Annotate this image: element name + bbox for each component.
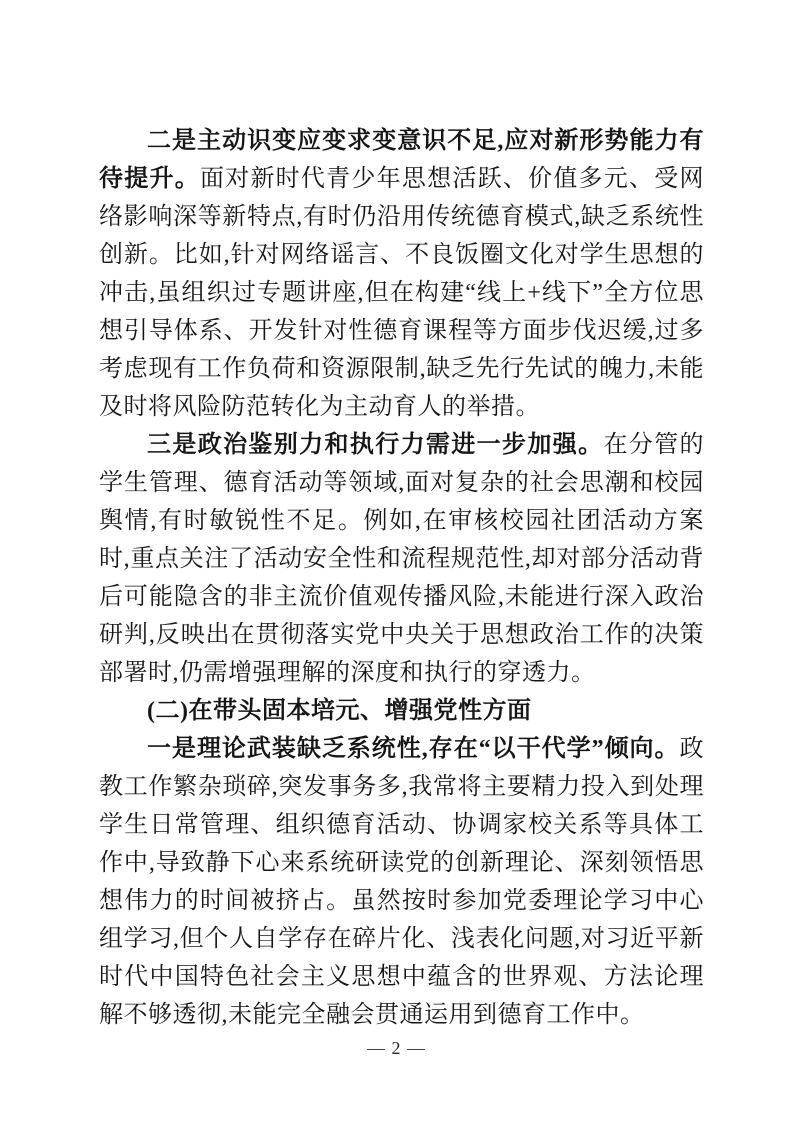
document-page: 二是主动识变应变求变意识不足,应对新形势能力有待提升。面对新时代青少年思想活跃、… [0,0,793,1122]
paragraph-lead: 一是理论武装缺乏系统性,存在“以干代学”倾向。 [147,736,680,762]
paragraph-text: 政教工作繁杂琐碎,突发事务多,我常将主要精力投入到处理学生日常管理、组织德育活动… [99,736,704,1028]
paragraph-lead: 三是政治鉴别力和执行力需进一步加强。 [147,432,603,458]
paragraph-point-three: 三是政治鉴别力和执行力需进一步加强。在分管的学生管理、德育活动等领域,面对复杂的… [99,426,704,692]
paragraph-text: 在分管的学生管理、德育活动等领域,面对复杂的社会思潮和校园舆情,有时敏锐性不足。… [99,432,704,686]
paragraph-point-one: 一是理论武装缺乏系统性,存在“以干代学”倾向。政教工作繁杂琐碎,突发事务多,我常… [99,730,704,1034]
paragraph-point-two: 二是主动识变应变求变意识不足,应对新形势能力有待提升。面对新时代青少年思想活跃、… [99,122,704,426]
section-heading: (二)在带头固本培元、增强党性方面 [99,692,704,730]
document-body: 二是主动识变应变求变意识不足,应对新形势能力有待提升。面对新时代青少年思想活跃、… [99,122,704,1034]
page-number: — 2 — [0,1036,793,1060]
paragraph-text: 面对新时代青少年思想活跃、价值多元、受网络影响深等新特点,有时仍沿用传统德育模式… [99,166,704,420]
